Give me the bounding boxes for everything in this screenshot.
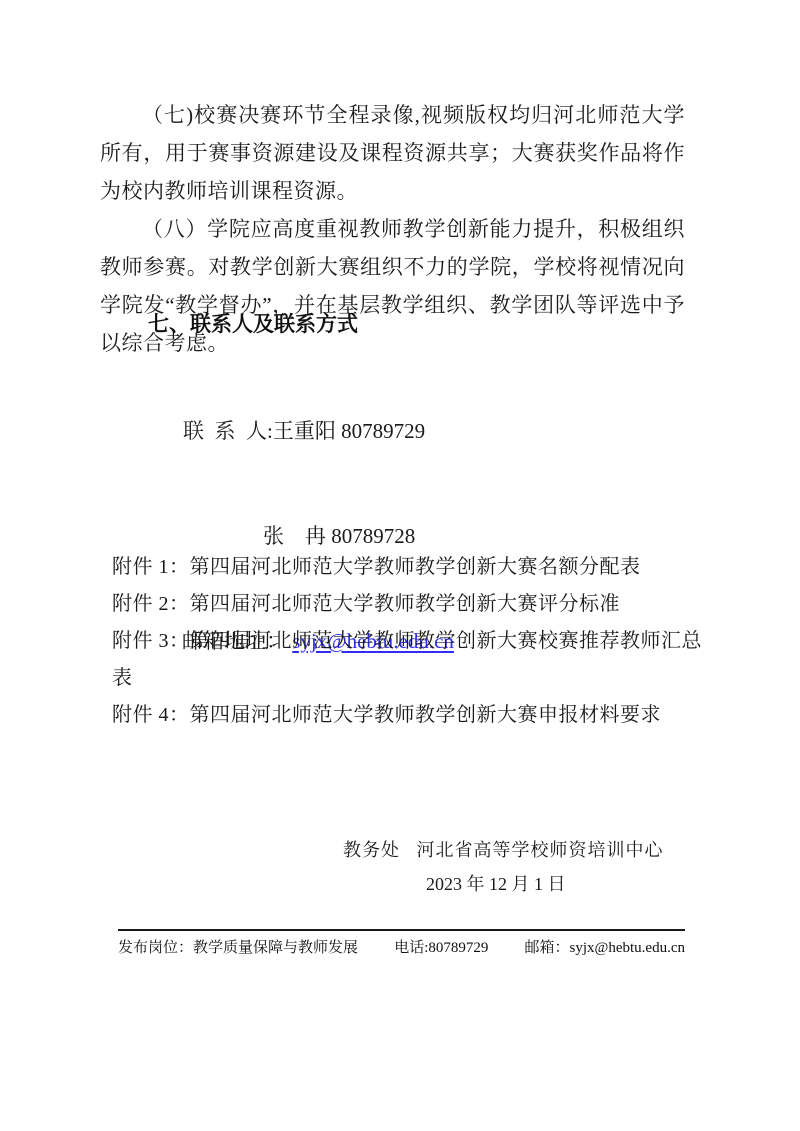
attachment-line-3: 附件 3：第四届河北师范大学教师教学创新大赛校赛推荐教师汇总表: [112, 623, 712, 697]
attachment-line-4: 附件 4：第四届河北师范大学教师教学创新大赛申报材料要求: [112, 697, 712, 734]
footer-email: 邮箱：syjx@hebtu.edu.cn: [525, 937, 685, 959]
contact-person-1: 联 系 人:王重阳 80789729: [100, 414, 685, 449]
signature-date: 2023 年 12 月 1 日: [426, 872, 566, 896]
attachment-line-2: 附件 2：第四届河北师范大学教师教学创新大赛评分标准: [112, 586, 712, 623]
footer-publish-post: 发布岗位：教学质量保障与教师发展: [118, 937, 358, 959]
attachment-list: 附件 1：第四届河北师范大学教师教学创新大赛名额分配表 附件 2：第四届河北师范…: [112, 549, 712, 734]
paragraph-item-7: （七)校赛决赛环节全程录像,视频版权均归河北师范大学所有，用于赛事资源建设及课程…: [100, 96, 685, 210]
footer-divider: [118, 929, 685, 931]
signature-issuer: 教务处 河北省高等学校师资培训中心: [343, 838, 664, 862]
document-page: （七)校赛决赛环节全程录像,视频版权均归河北师范大学所有，用于赛事资源建设及课程…: [0, 0, 800, 1131]
page-footer: 发布岗位：教学质量保障与教师发展 电话:80789729 邮箱：syjx@heb…: [118, 937, 685, 959]
footer-phone: 电话:80789729: [394, 937, 488, 959]
attachment-line-1: 附件 1：第四届河北师范大学教师教学创新大赛名额分配表: [112, 549, 712, 586]
section-heading-contact: 七、联系人及联系方式: [100, 306, 685, 344]
